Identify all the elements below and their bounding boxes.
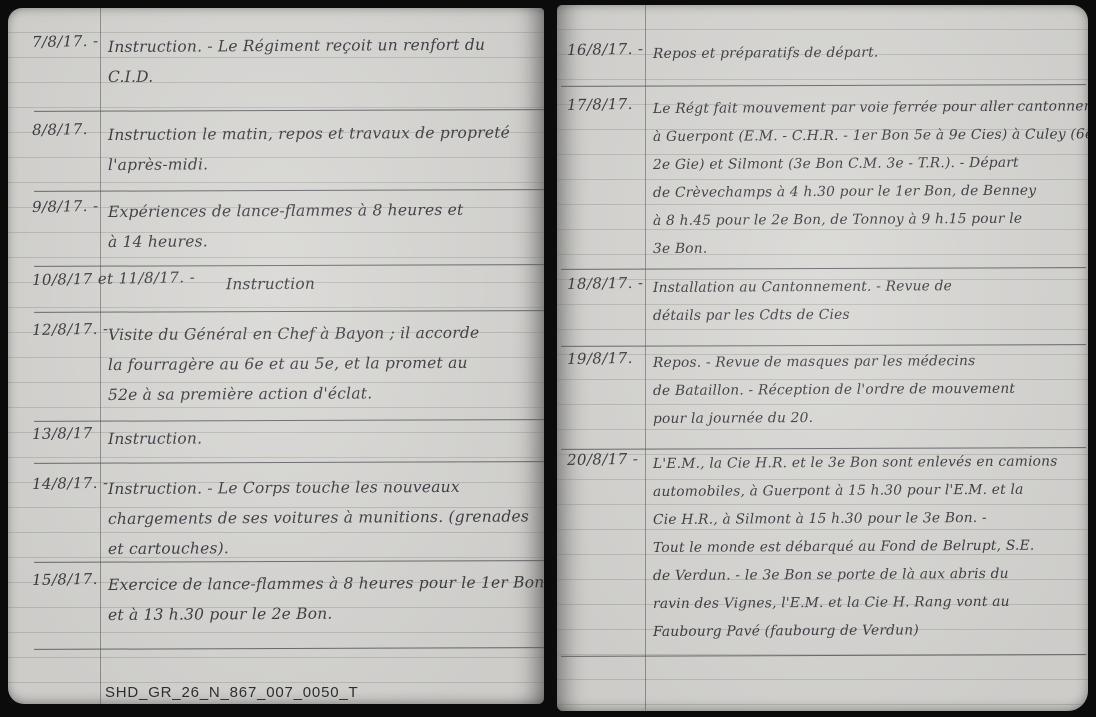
entry-date: 19/8/17. — [567, 349, 633, 368]
entry-text-line: à 14 heures. — [108, 224, 538, 257]
entry-text: L'E.M., la Cie H.R. et le 3e Bon sont en… — [653, 450, 1082, 646]
diary-entry: 15/8/17.Exercice de lance-flammes à 8 he… — [8, 570, 538, 630]
entry-separator-line — [34, 264, 544, 267]
entry-text-line: et à 13 h.30 pour le 2e Bon. — [108, 597, 538, 630]
entry-text-line: Tout le monde est débarqué au Fond de Be… — [653, 531, 1082, 562]
entry-text: Instruction le matin, repos et travaux d… — [108, 120, 538, 180]
entry-text: Expériences de lance-flammes à 8 heures … — [108, 197, 538, 257]
entry-separator-line — [34, 461, 544, 464]
entry-text-line: chargements de ses voitures à munitions.… — [108, 501, 538, 534]
entry-text-line: à Guerpont (E.M. - C.H.R. - 1er Bon 5e à… — [653, 120, 1082, 151]
entry-text-line: et cartouches). — [108, 531, 538, 564]
diary-entry: 17/8/17.Le Régt fait mouvement par voie … — [557, 95, 1082, 263]
entry-date: 16/8/17. - — [567, 40, 644, 59]
entry-text: Exercice de lance-flammes à 8 heures pou… — [108, 570, 538, 630]
entry-text: Installation au Cantonnement. - Revue de… — [653, 274, 1082, 330]
entry-text-line: C.I.D. — [108, 59, 538, 92]
entry-date: 20/8/17 - — [567, 450, 639, 469]
notebook-left-page: 7/8/17. -Instruction. - Le Régiment reço… — [8, 8, 544, 704]
diary-entry: 14/8/17. -Instruction. - Le Corps touche… — [8, 474, 538, 564]
entry-text: Visite du Général en Chef à Bayon ; il a… — [108, 320, 538, 410]
entry-text-line: de Verdun. - le 3e Bon se porte de là au… — [653, 559, 1082, 590]
diary-entry: 13/8/17Instruction. — [8, 424, 538, 454]
entry-date: 15/8/17. — [32, 570, 98, 589]
entry-text-line: Instruction — [108, 267, 538, 300]
entry-text-line: Le Régt fait mouvement par voie ferrée p… — [653, 92, 1082, 123]
entry-text-line: Repos. - Revue de masques par les médeci… — [653, 346, 1082, 377]
entry-text: Repos. - Revue de masques par les médeci… — [653, 349, 1082, 433]
diary-entry: 16/8/17. -Repos et préparatifs de départ… — [557, 40, 1082, 68]
diary-entry: 7/8/17. -Instruction. - Le Régiment reço… — [8, 32, 538, 92]
entry-text-line: pour la journée du 20. — [653, 402, 1082, 433]
diary-scan: 7/8/17. -Instruction. - Le Régiment reço… — [0, 0, 1096, 717]
entry-text-line: de Bataillon. - Réception de l'ordre de … — [653, 374, 1082, 405]
entry-text-line: Instruction. - Le Régiment reçoit un ren… — [108, 29, 538, 62]
entry-text-line: de Crèvechamps à 4 h.30 pour le 1er Bon,… — [653, 176, 1082, 207]
entry-text: Instruction. - Le Régiment reçoit un ren… — [108, 32, 538, 92]
diary-entry: 9/8/17. -Expériences de lance-flammes à … — [8, 197, 538, 257]
entry-text-line: Visite du Général en Chef à Bayon ; il a… — [108, 317, 538, 350]
entry-date: 14/8/17. - — [32, 474, 109, 493]
entry-text-line: Instruction le matin, repos et travaux d… — [108, 117, 538, 150]
entry-date: 17/8/17. — [567, 95, 633, 114]
entry-separator-line — [34, 647, 544, 650]
entry-text-line: 3e Bon. — [653, 232, 1082, 263]
entry-text-line: Cie H.R., à Silmont à 15 h.30 pour le 3e… — [653, 503, 1082, 534]
entry-text: Instruction. - Le Corps touche les nouve… — [108, 474, 538, 564]
entry-separator-line — [34, 189, 544, 192]
entry-text-line: Instruction. — [108, 421, 538, 454]
entry-text-line: ravin des Vignes, l'E.M. et la Cie H. Ra… — [653, 587, 1082, 618]
entry-date: 7/8/17. - — [32, 32, 99, 51]
entry-date: 9/8/17. - — [32, 197, 99, 216]
entry-text-line: L'E.M., la Cie H.R. et le 3e Bon sont en… — [653, 447, 1082, 478]
entry-date: 18/8/17. - — [567, 274, 644, 293]
entry-date: 12/8/17. - — [32, 320, 109, 339]
diary-entry: 8/8/17.Instruction le matin, repos et tr… — [8, 120, 538, 180]
entry-date: 13/8/17 — [32, 424, 93, 443]
diary-entry: 20/8/17 -L'E.M., la Cie H.R. et le 3e Bo… — [557, 450, 1082, 646]
entry-text: Repos et préparatifs de départ. — [653, 40, 1082, 68]
diary-entry: 18/8/17. -Installation au Cantonnement. … — [557, 274, 1082, 330]
entry-text: Le Régt fait mouvement par voie ferrée p… — [653, 95, 1082, 263]
entry-separator-line — [561, 654, 1086, 657]
entry-text: Instruction. — [108, 424, 538, 454]
diary-entry: 12/8/17. -Visite du Général en Chef à Ba… — [8, 320, 538, 410]
entry-text-line: l'après-midi. — [108, 147, 538, 180]
entry-text-line: Faubourg Pavé (faubourg de Verdun) — [653, 615, 1082, 646]
entry-text-line: 2e Gie) et Silmont (3e Bon C.M. 3e - T.R… — [653, 148, 1082, 179]
entry-text: Instruction — [108, 270, 538, 300]
notebook-right-page: 16/8/17. -Repos et préparatifs de départ… — [557, 5, 1088, 711]
entry-separator-line — [561, 267, 1086, 270]
entry-separator-line — [34, 310, 544, 313]
entry-text-line: automobiles, à Guerpont à 15 h.30 pour l… — [653, 475, 1082, 506]
diary-entry: 10/8/17 et 11/8/17. -Instruction — [8, 270, 538, 300]
entry-text-line: à 8 h.45 pour le 2e Bon, de Tonnoy à 9 h… — [653, 204, 1082, 235]
entry-date: 8/8/17. — [32, 120, 88, 139]
entry-text-line: 52e à sa première action d'éclat. — [108, 377, 538, 410]
diary-entry: 19/8/17.Repos. - Revue de masques par le… — [557, 349, 1082, 433]
entry-text-line: la fourragère au 6e et au 5e, et la prom… — [108, 347, 538, 380]
archive-watermark: SHD_GR_26_N_867_007_0050_T — [105, 684, 358, 701]
entry-text-line: Repos et préparatifs de départ. — [653, 37, 1082, 68]
entry-text-line: Installation au Cantonnement. - Revue de — [653, 271, 1082, 302]
entry-text-line: détails par les Cdts de Cies — [653, 299, 1082, 330]
entry-text-line: Exercice de lance-flammes à 8 heures pou… — [108, 567, 538, 600]
entry-text-line: Expériences de lance-flammes à 8 heures … — [108, 194, 538, 227]
entry-text-line: Instruction. - Le Corps touche les nouve… — [108, 471, 538, 504]
entry-separator-line — [561, 84, 1086, 87]
entry-separator-line — [34, 109, 544, 112]
